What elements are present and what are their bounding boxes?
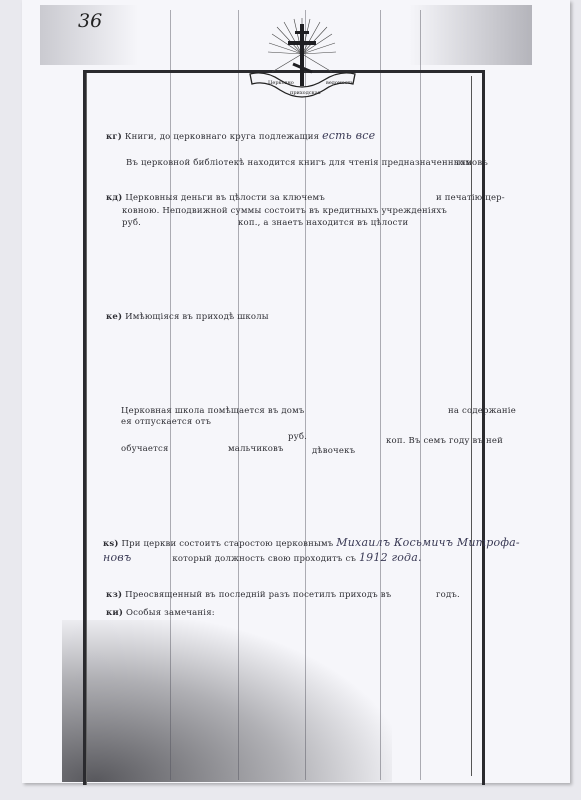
section-kd-line-3a: руб. [122,218,141,228]
school-line-1-trailing: на содержаніе [448,406,516,416]
handwritten-entry: новъ [103,551,131,564]
handwritten-entry: Михаилъ Косьмичъ Митрофа- [336,536,520,549]
section-ke-line-1: ке) Имѣющіяся въ приходѣ школы [106,312,269,322]
section-kg-text: Книги, до церковнаго круга подлежащия [125,132,319,142]
school-line-4: обучается [121,444,169,454]
page-border-inner [471,76,472,776]
page-border-frame [83,70,485,785]
section-kz-line-1: кз) Преосвященный въ последній разъ посе… [106,590,391,600]
section-kd-line-3b: коп., а знаетъ находится въ цѣлости [238,218,408,228]
school-line-1: Церковная школа помѣщается въ домъ [121,406,305,416]
school-line-3: руб. [288,432,307,442]
school-line-4-trailing: дѣвочекъ [312,446,355,456]
section-kd-line-2: ковною. Неподвижной суммы состоитъ въ кр… [122,206,447,216]
page-number: 36 [78,10,102,32]
section-ki-line-1: ки) Особыя замечанія: [106,608,215,618]
school-line-4-middle: мальчиковъ [228,444,284,454]
handwritten-entry: 1912 года. [359,551,422,564]
handwritten-entry: есть все [322,129,375,142]
section-kd-line-1: кд) Церковныя деньги въ цѣлости за ключе… [106,193,325,203]
school-line-2: ея отпускается отъ [121,417,211,427]
svg-text:Церковно: Церковно [268,80,294,86]
section-ks-line-1: кѕ) При церкви состоитъ старостою церков… [103,536,520,549]
svg-text:ведомость: ведомость [326,80,353,86]
svg-text:приходская: приходская [290,90,321,96]
section-kg-trailing: томовъ [455,158,488,168]
section-kd-trailing: и печатію цер- [436,193,505,203]
section-ks-line-2: новъ который должность свою проходитъ съ… [103,551,422,564]
orthodox-cross-with-rays-icon: Церковно приходская ведомость [240,14,365,104]
section-kg-line-2: Въ церковной библіотекѣ находится книгъ … [126,158,471,168]
school-line-3-trailing: коп. Въ семъ году въ ней [386,436,503,446]
section-kz-trailing: годъ. [436,590,460,600]
section-kg-line-1: кг) Книги, до церковнаго круга подлежащи… [106,129,375,142]
